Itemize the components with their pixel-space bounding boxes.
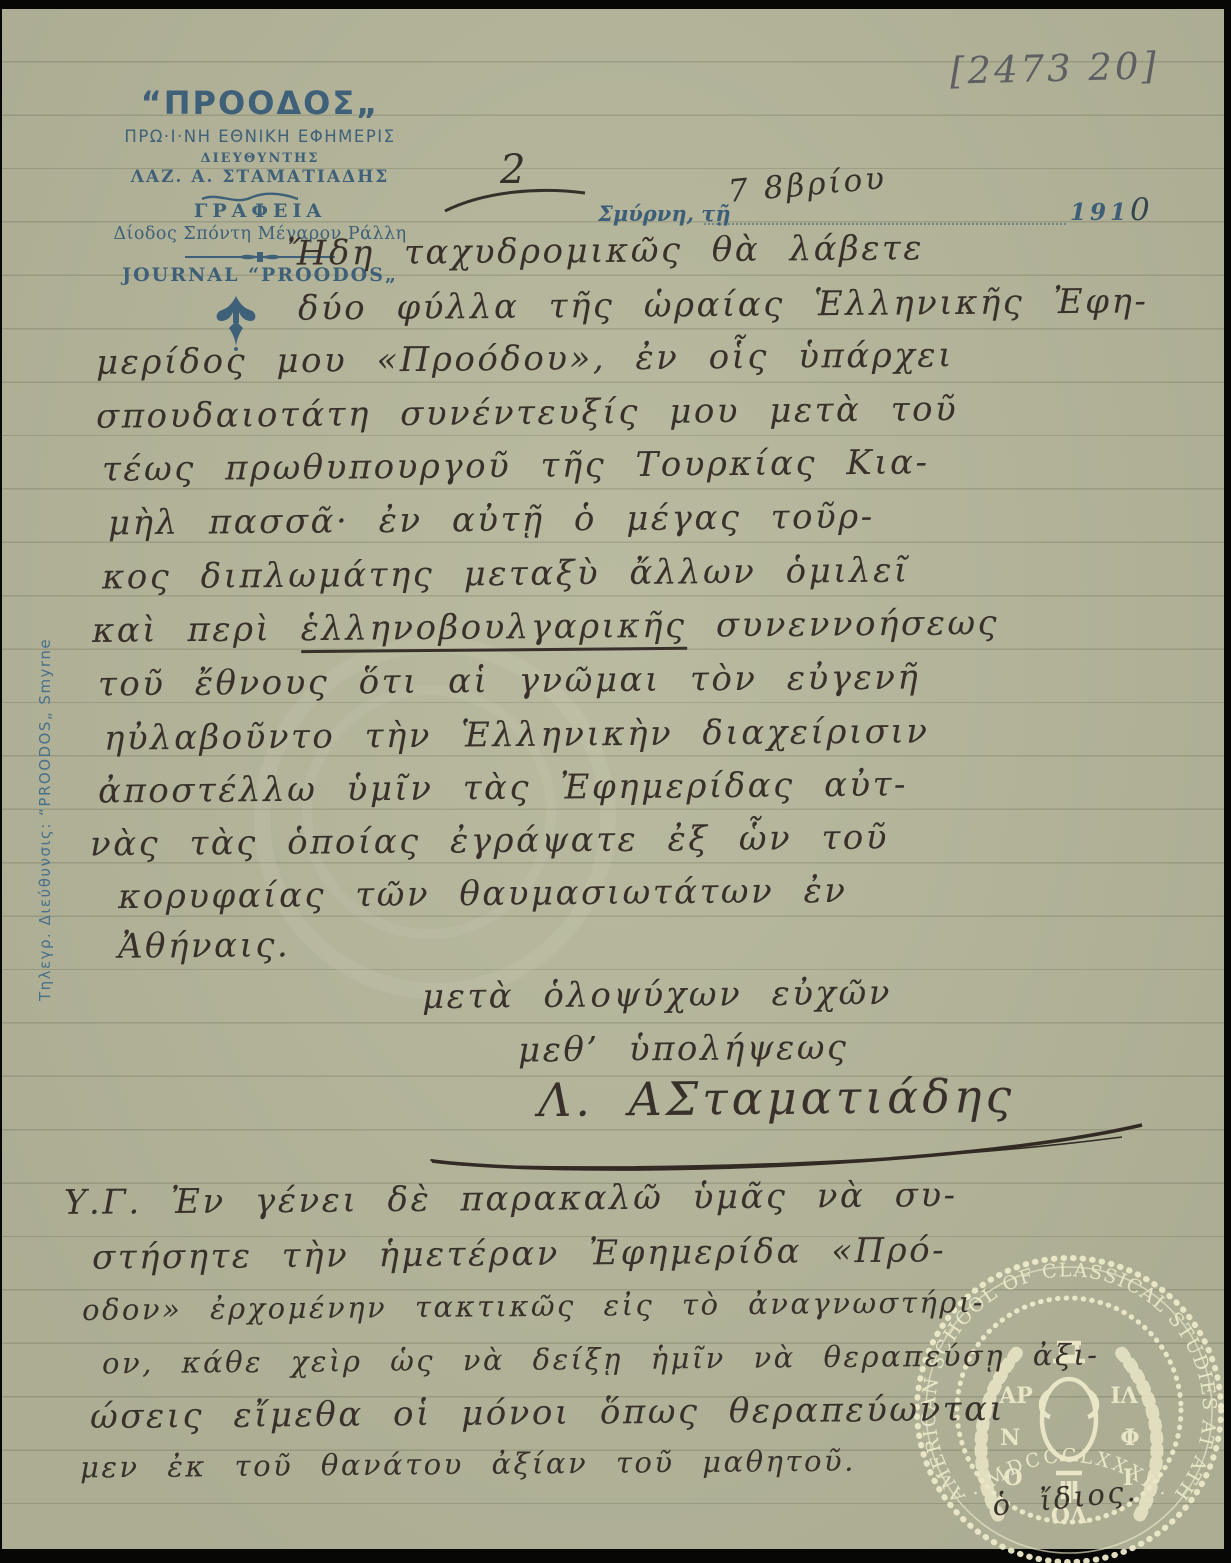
dateline-dotted-rule [704, 207, 1066, 225]
dateline-written-digit: 0 [1130, 192, 1150, 228]
closing-line: μεθ’ ὑπολήψεως [518, 1028, 849, 1071]
body-line-segment: καὶ περὶ [92, 609, 301, 651]
postscript-line: Υ.Γ. Ἐν γένει δὲ παρακαλῶ ὑμᾶς νὰ συ- [64, 1175, 958, 1223]
director-name: ΛΑΖ. Α. ΣΤΑΜΑΤΙΑΔΗΣ [90, 167, 430, 187]
svg-text:ΙΛ: ΙΛ [1110, 1383, 1138, 1409]
body-line: δύο φύλλα τῆς ὡραίας Ἑλληνικῆς Ἐφη- [298, 281, 1149, 328]
body-line: σπουδαιοτάτη συνέντευξίς μου μετὰ τοῦ [96, 389, 959, 437]
postscript-line: μεν ἐκ τοῦ θανάτου ἀξίαν τοῦ μαθητοῦ. [80, 1444, 856, 1485]
postscript-line: ώσεις εἴμεθα οἱ μόνοι ὅπως θεραπεύωνται [90, 1389, 1006, 1437]
svg-text:Φ: Φ [1120, 1425, 1139, 1451]
body-line: νὰς τὰς ὁποίας ἐγράψατε ἐξ ὧν τοῦ [90, 818, 889, 865]
body-line: ηὐλαβοῦντο τὴν Ἑλληνικὴν διαχείρισιν [104, 711, 930, 758]
catalog-number: [2473 20] [949, 44, 1159, 92]
body-line: μερίδος μου «Προόδου», ἐν οἷς ὑπάρχει [96, 335, 954, 382]
signature-flourish [402, 1109, 1162, 1179]
body-line: τοῦ ἔθνους ὅτι αἱ γνῶμαι τὸν εὐγενῆ [98, 657, 921, 704]
director-label: ΔΙΕΥΘΥΝΤΗΣ [90, 151, 430, 166]
body-line: τέως πρωθυπουργοῦ τῆς Τουρκίας Κια- [102, 442, 930, 489]
body-line: κος διπλωμάτης μεταξὺ ἄλλων ὁμιλεῖ [102, 550, 910, 597]
newspaper-subtitle: ΠΡΩ·Ι·ΝΗ ΕΘΝΙΚΗ ΕΦΗΜΕΡΙΣ [90, 127, 430, 146]
body-line: ἀποστέλλω ὑμῖν τὰς Ἐφημερίδας αὐτ- [98, 764, 908, 811]
offices-label: ΓΡΑΦΕΙΑ [90, 200, 430, 222]
postscript-line: στήσητε τὴν ἡμετέραν Ἐφημερίδα «Πρό- [92, 1230, 946, 1277]
body-line: μὴλ πασσᾶ· ἐν αὐτῇ ὁ μέγας τοῦρ- [108, 497, 875, 544]
postscript-line: οδον» ἐρχομένην τακτικῶς εἰς τὸ ἀναγνωστ… [82, 1285, 985, 1327]
underlined-phrase: ἑλληνοβουλγαρικῆς [300, 606, 686, 653]
body-line: Ἀθήναις. [118, 925, 291, 967]
page-number-underline [440, 179, 590, 219]
dateline-handwritten-date: 7 8βρίου [727, 160, 889, 210]
scanned-letter-page: “ΠΡΟΟΔΟΣ„ ΠΡΩ·Ι·ΝΗ ΕΘΝΙΚΗ ΕΦΗΜΕΡΙΣ ΔΙΕΥΘ… [0, 0, 1231, 1563]
body-line: κορυφαίας τῶν θαυμασιωτάτων ἐν [118, 871, 848, 917]
newspaper-masthead: “ΠΡΟΟΔΟΣ„ [90, 84, 430, 122]
telegraph-address: Τηλεγρ. Διεύθυνσις: “PROODOS„ Smyrne [36, 556, 54, 1001]
dateline-printed-year: 191 [1070, 199, 1130, 226]
closing-line: μετὰ ὁλοψύχων εὐχῶν [422, 973, 892, 1017]
letter-paper: “ΠΡΟΟΔΟΣ„ ΠΡΩ·Ι·ΝΗ ΕΘΝΙΚΗ ΕΦΗΜΕΡΙΣ ΔΙΕΥΘ… [2, 9, 1224, 1549]
body-line-underlined: καὶ περὶ ἑλληνοβουλγαρικῆς συνεννοήσεως [92, 603, 999, 651]
body-line-segment: συνεννοήσεως [686, 603, 999, 646]
body-line: Ἤδη ταχυδρομικῶς θὰ λάβετε [287, 228, 924, 274]
